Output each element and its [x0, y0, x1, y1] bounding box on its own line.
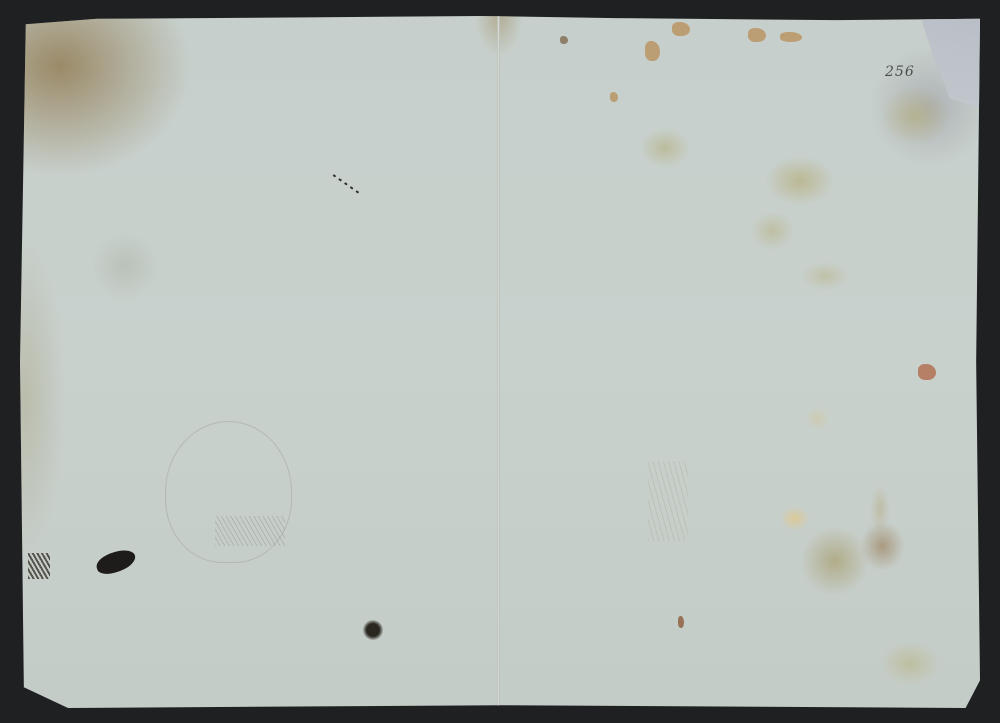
rust-mark [918, 364, 936, 380]
foxing-stain [880, 641, 940, 686]
foxing-stain [640, 128, 690, 168]
foxing-stain [750, 211, 795, 251]
rust-mark [780, 32, 802, 42]
foxing-stain [800, 526, 870, 596]
catalogue-number: 256 [885, 64, 915, 80]
foxing-stain [880, 86, 950, 146]
foxing-stain [805, 406, 830, 431]
ink-blot [94, 547, 138, 577]
rust-mark [672, 22, 690, 36]
rust-mark [678, 616, 684, 628]
foxing-stain [765, 156, 835, 206]
center-fold [497, 16, 500, 708]
sketch-hatching [215, 516, 285, 546]
gold-flecks [780, 506, 810, 531]
rust-mark [610, 92, 618, 102]
ink-speck-trail [333, 174, 363, 196]
ink-spot [363, 620, 383, 640]
ink-hatch [28, 553, 50, 579]
foxing-stain [90, 231, 160, 301]
rust-mark [560, 36, 568, 44]
faint-sketch-marks [648, 461, 688, 541]
paper-sheet: 256 [20, 16, 980, 708]
rust-mark [748, 28, 766, 42]
foxing-stain [800, 261, 850, 291]
foxing-stain [870, 484, 890, 534]
rust-mark [645, 41, 660, 61]
